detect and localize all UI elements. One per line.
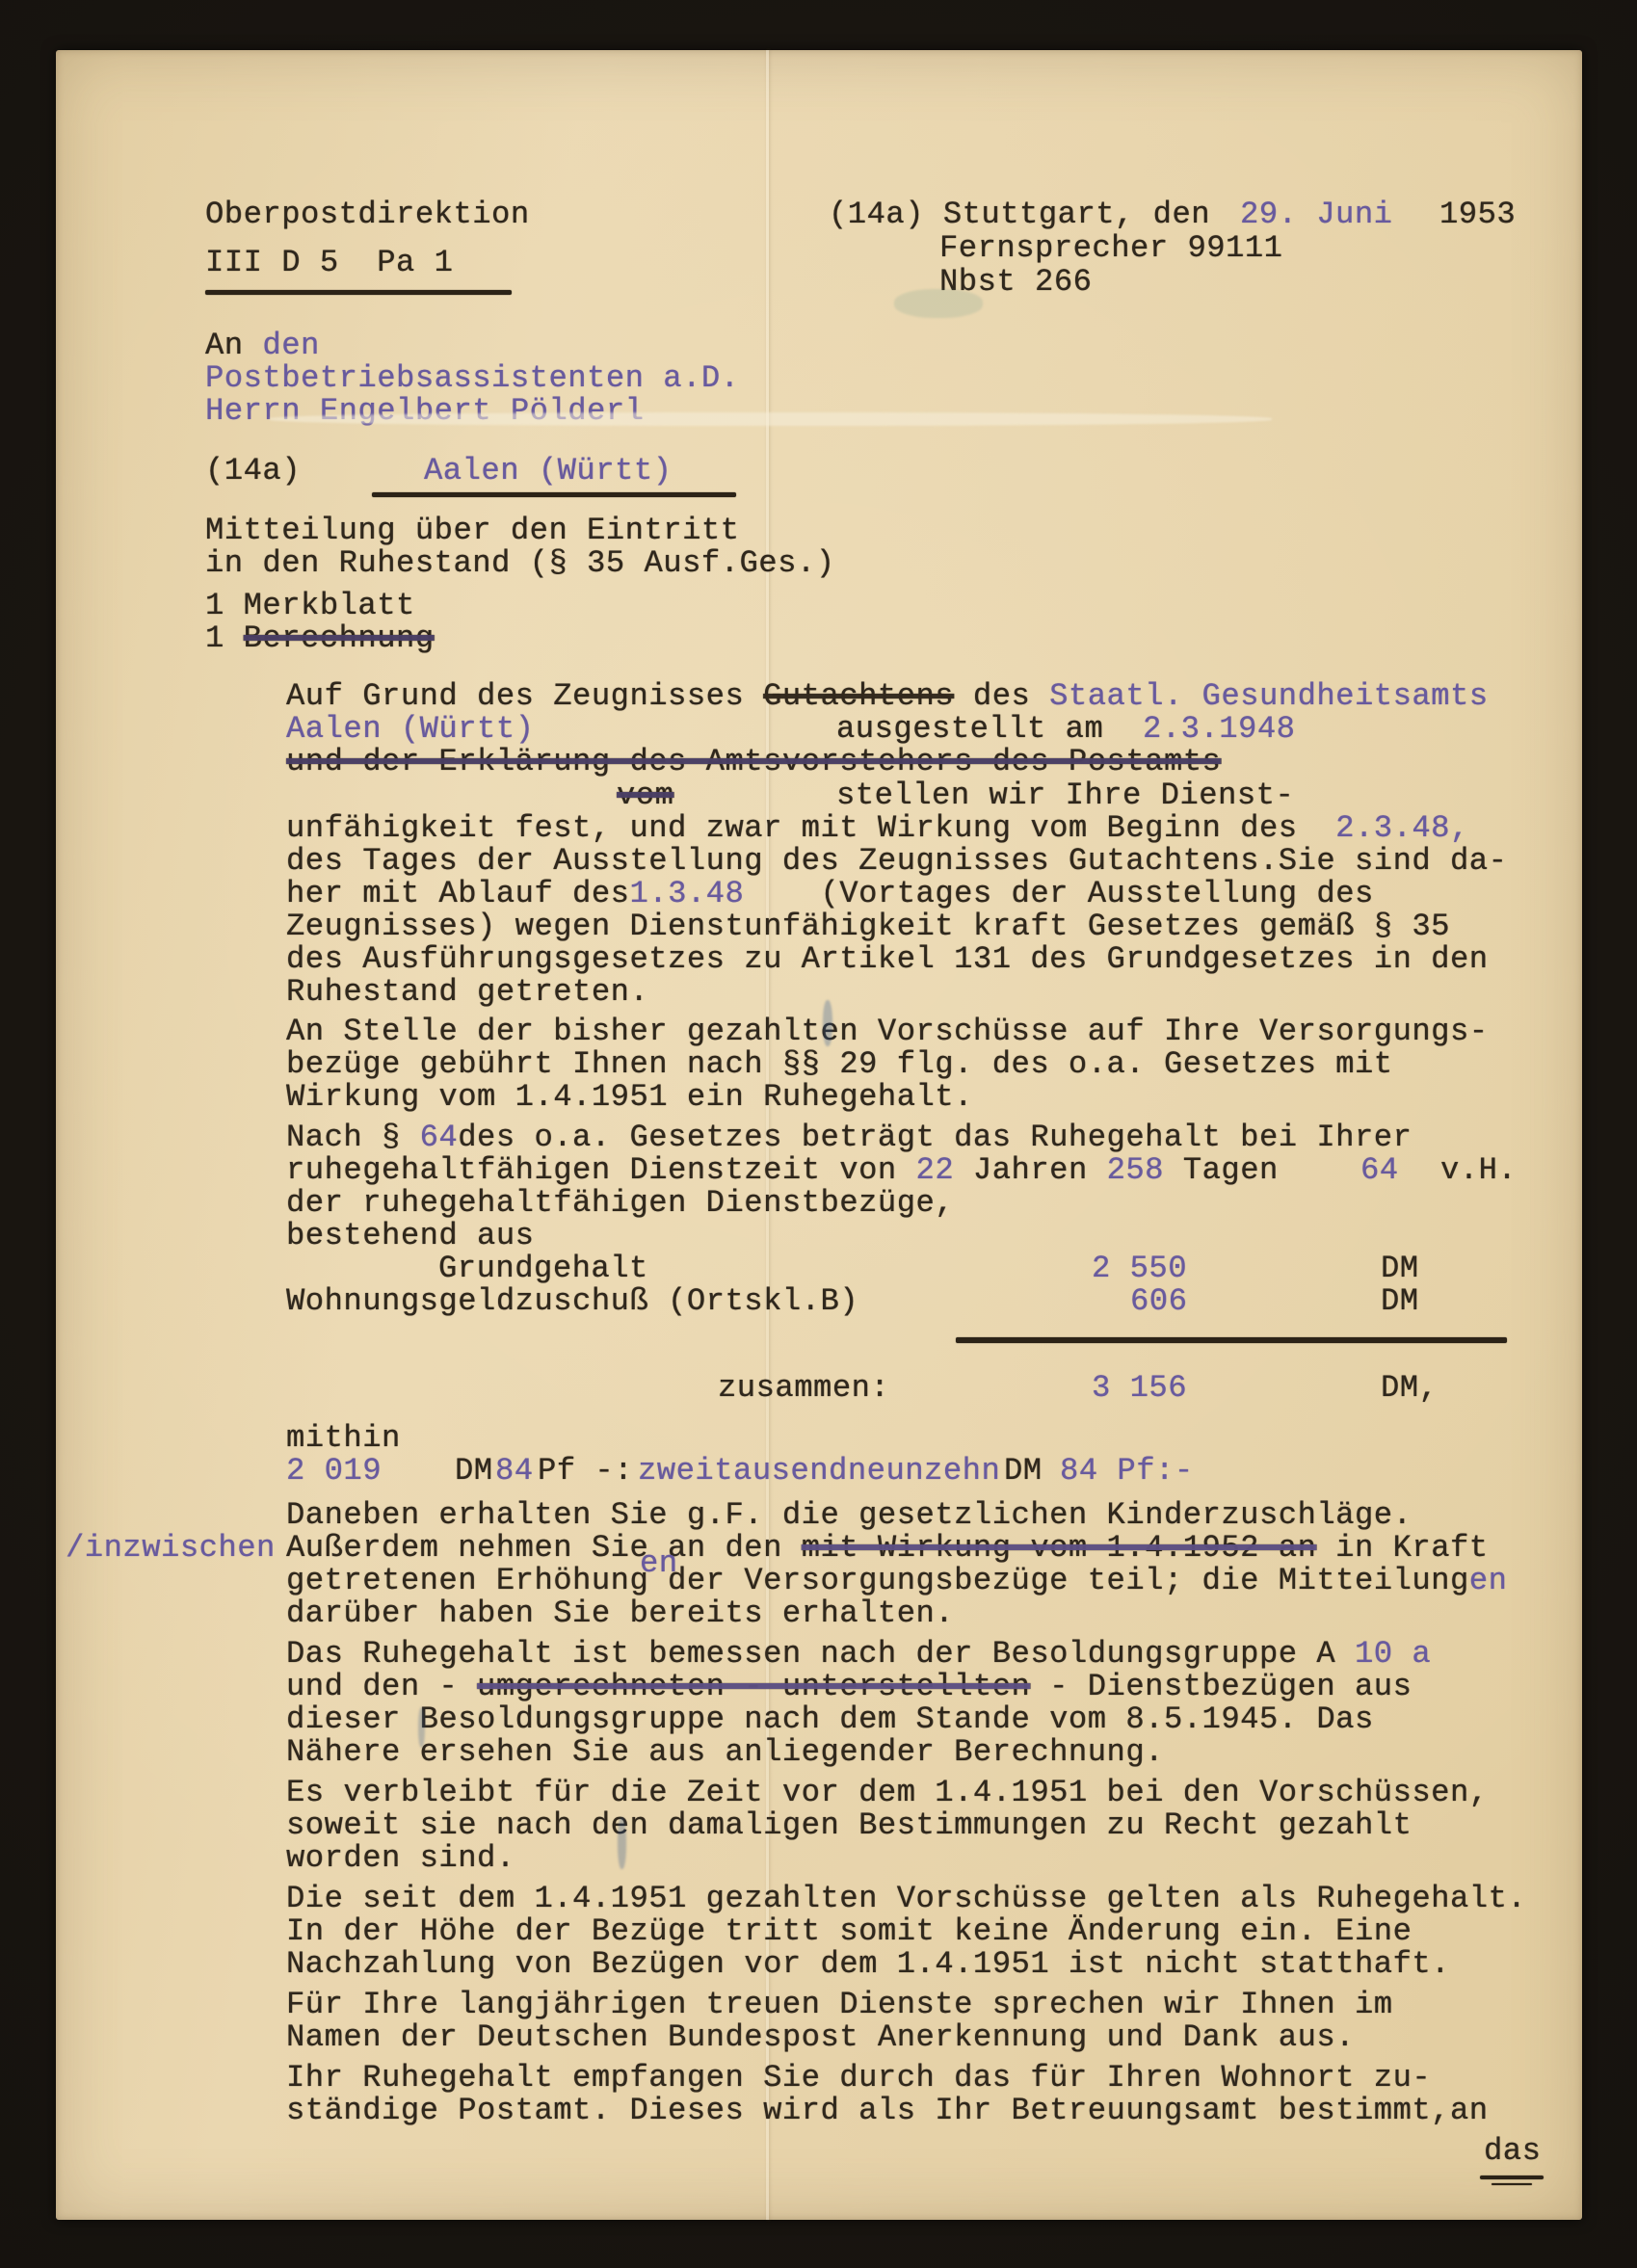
typed-segment: Die seit dem 1.4.1951 gezahlten Vorschüs…	[286, 1881, 1526, 1916]
typed-segment: (Vortages der Ausstellung des	[744, 876, 1374, 911]
typed-violet-segment: 3 156	[1092, 1372, 1187, 1405]
typed-segment: das	[1484, 2133, 1541, 2169]
typed-segment: ruhegehaltfähigen Dienstzeit von	[286, 1152, 916, 1188]
body-line: Namen der Deutschen Bundespost Anerkennu…	[286, 2021, 1355, 2054]
typed-segment: des Tages der Ausstellung des Zeugnisses…	[286, 843, 1507, 879]
body-line: Zeugnisses) wegen Dienstunfähigkeit kraf…	[286, 910, 1450, 943]
typed-segment: Für Ihre langjährigen treuen Dienste spr…	[286, 1987, 1393, 2022]
body-line: her mit Ablauf des1.3.48 (Vortages der A…	[286, 878, 1374, 910]
body-line: Außerdem nehmen Sie an den mit Wirkung v…	[286, 1532, 1489, 1565]
table-row-zusammen: zusammen:3 156DM,	[718, 1372, 889, 1405]
body-line: soweit sie nach den damaligen Bestimmung…	[286, 1809, 1412, 1842]
erasure-band	[270, 412, 1272, 426]
place-date-line: (14a) Stuttgart, den29. Juni1953	[829, 198, 1210, 231]
recipient-title-line: Postbetriebsassistenten a.D.	[205, 362, 740, 395]
typed-segment: ständige Postamt. Dieses wird als Ihr Be…	[286, 2093, 1489, 2128]
typed-segment: bezüge gebührt Ihnen nach §§ 29 flg. des…	[286, 1046, 1393, 1082]
body-line: Auf Grund des Zeugnisses Gutachtens des …	[286, 680, 1489, 713]
typed-segment: An	[205, 328, 262, 363]
typed-violet-segment: 606	[1130, 1285, 1187, 1318]
typed-violet-segment: /inzwischen	[66, 1530, 276, 1566]
typed-segment: her mit Ablauf des	[286, 876, 629, 911]
typed-violet-segment: 64	[420, 1120, 459, 1155]
body-line-struck: und der Erklärung des Amtsvorstehers des…	[286, 746, 1221, 778]
body-line: Es verbleibt für die Zeit vor dem 1.4.19…	[286, 1777, 1489, 1809]
typed-segment: vom	[617, 778, 673, 813]
typed-segment: (14a) Stuttgart, den	[829, 197, 1210, 232]
body-line: Ruhestand getreten.	[286, 976, 648, 1009]
typed-violet-segment: 10 a	[1355, 1636, 1431, 1672]
enclosure-line-2: 1 Berechnung	[205, 622, 435, 655]
subject-line-2: in den Ruhestand (§ 35 Ausf.Ges.)	[205, 547, 835, 580]
body-line: Die seit dem 1.4.1951 gezahlten Vorschüs…	[286, 1883, 1526, 1915]
ref-number-underline	[205, 290, 512, 295]
typed-segment: Es verbleibt für die Zeit vor dem 1.4.19…	[286, 1775, 1489, 1810]
body-line: und den - umgerechneten - unterstellten …	[286, 1671, 1412, 1703]
paper-sheet: Oberpostdirektion(14a) Stuttgart, den29.…	[56, 50, 1582, 2220]
body-line: dieser Besoldungsgruppe nach dem Stande …	[286, 1703, 1374, 1736]
amount-in-words-line: 2 019DM84Pf -:zweitausendneunzehnDM84 Pf…	[286, 1455, 382, 1488]
body-line: des Ausführungsgesetzes zu Artikel 131 d…	[286, 943, 1489, 976]
typed-segment: Fernsprecher 99111	[939, 230, 1282, 266]
typed-segment: des	[954, 678, 1049, 714]
typed-segment: Das Ruhegehalt ist bemessen nach der Bes…	[286, 1636, 1355, 1672]
typed-segment: DM	[1381, 1285, 1419, 1318]
body-line: Das Ruhegehalt ist bemessen nach der Bes…	[286, 1638, 1431, 1671]
typed-segment: Jahren	[954, 1152, 1106, 1188]
typed-segment: 1	[205, 620, 244, 656]
typed-segment: worden sind.	[286, 1840, 515, 1876]
typed-segment: darüber haben Sie bereits erhalten.	[286, 1596, 954, 1631]
typed-segment: und der Erklärung des Amtsvorstehers des…	[286, 744, 1221, 779]
typed-segment: bestehend aus	[286, 1218, 534, 1253]
typed-segment: des o.a. Gesetzes beträgt das Ruhegehalt…	[458, 1120, 1412, 1155]
typed-segment: Ihr Ruhegehalt empfangen Sie durch das f…	[286, 2060, 1431, 2096]
body-line: bestehend aus	[286, 1220, 534, 1253]
typed-segment: Berechnung	[244, 620, 435, 656]
typed-segment: III D 5 Pa 1	[205, 245, 453, 280]
teal-smear	[894, 289, 983, 318]
typed-segment: Zeugnisses) wegen Dienstunfähigkeit kraf…	[286, 909, 1450, 944]
body-line: Aalen (Württ)ausgestellt am2.3.1948	[286, 713, 534, 746]
catchword-underline	[1480, 2176, 1544, 2179]
typed-violet-segment: en	[1469, 1563, 1508, 1598]
typed-segment: in den Ruhestand (§ 35 Ausf.Ges.)	[205, 545, 835, 581]
typed-segment: mithin	[286, 1420, 401, 1456]
typed-segment: Wohnungsgeldzuschuß (Ortskl.B)	[286, 1283, 858, 1319]
typed-segment: In der Höhe der Bezüge tritt somit keine…	[286, 1913, 1412, 1949]
typed-violet-segment: 2.3.48,	[1335, 810, 1469, 846]
recipient-salutation-line: An den	[205, 330, 320, 362]
body-line: Nähere ersehen Sie aus anliegender Berec…	[286, 1736, 1164, 1769]
typed-segment: soweit sie nach den damaligen Bestimmung…	[286, 1807, 1412, 1843]
phone-line: Fernsprecher 99111	[939, 232, 1282, 265]
typed-violet-segment: Aalen (Württ)	[286, 711, 534, 747]
body-line: Ihr Ruhegehalt empfangen Sie durch das f…	[286, 2062, 1431, 2095]
typed-violet-segment: 22	[916, 1152, 955, 1188]
typed-segment: Außerdem nehmen Sie an den	[286, 1530, 802, 1566]
letterhead-office-line: Oberpostdirektion	[205, 198, 530, 231]
typed-violet-segment: 64	[1360, 1154, 1399, 1187]
typed-segment: DM	[1004, 1455, 1043, 1488]
typed-segment: 1953	[1439, 198, 1516, 231]
table-row-wohnungsgeld: Wohnungsgeldzuschuß (Ortskl.B)606DM	[286, 1285, 858, 1318]
typed-segment: in Kraft	[1316, 1530, 1488, 1566]
typed-segment: (14a)	[205, 453, 301, 488]
typed-segment: ausgestellt am	[836, 713, 1103, 746]
typed-violet-segment: Staatl. Gesundheitsamts	[1049, 678, 1488, 714]
margin-note: /inzwischen	[66, 1532, 276, 1565]
typed-segment: DM,	[1381, 1372, 1438, 1405]
typed-violet-segment: den	[262, 328, 319, 363]
typed-segment: Pf -:	[538, 1455, 633, 1488]
typed-violet-segment: 2 550	[1092, 1253, 1187, 1285]
typed-segment: DM	[455, 1455, 493, 1488]
typed-segment: Gutachtens	[763, 678, 954, 714]
typed-segment: Grundgehalt	[438, 1251, 648, 1286]
typed-violet-segment: zweitausendneunzehn	[638, 1455, 1000, 1488]
blue-ink-streak	[823, 1000, 832, 1046]
typed-segment: DM	[1381, 1253, 1419, 1285]
typed-segment: v.H.	[1440, 1154, 1517, 1187]
table-row-grundgehalt: Grundgehalt2 550DM	[438, 1253, 648, 1285]
typed-violet-segment: 2 019	[286, 1453, 382, 1489]
typed-segment: Ruhestand getreten.	[286, 974, 648, 1010]
typed-violet-segment: 1.3.48	[629, 876, 744, 911]
subject-line-1: Mitteilung über den Eintritt	[205, 514, 740, 547]
typed-segment: Mitteilung über den Eintritt	[205, 513, 740, 548]
typed-segment: der ruhegehaltfähigen Dienstbezüge,	[286, 1185, 954, 1221]
typed-segment: Namen der Deutschen Bundespost Anerkennu…	[286, 2019, 1355, 2055]
typed-segment: zusammen:	[718, 1370, 889, 1406]
typed-segment: Nach §	[286, 1120, 420, 1155]
scanned-letter-screenshot: { "colors": { "background": "#14110d", "…	[0, 0, 1637, 2268]
body-line: Wirkung vom 1.4.1951 ein Ruhegehalt.	[286, 1081, 973, 1114]
body-line: des Tages der Ausstellung des Zeugnisses…	[286, 845, 1507, 878]
typed-segment: dieser Besoldungsgruppe nach dem Stande …	[286, 1701, 1374, 1737]
sum-rule	[956, 1337, 1507, 1343]
typed-violet-segment: Aalen (Württ)	[424, 455, 672, 488]
typed-violet-segment: 258	[1107, 1152, 1164, 1188]
typed-segment: An Stelle der bisher gezahlten Vorschüss…	[286, 1014, 1489, 1049]
typed-segment: und den -	[286, 1669, 477, 1704]
typed-segment: - Dienstbezügen aus	[1030, 1669, 1412, 1704]
typed-segment: Oberpostdirektion	[205, 197, 530, 232]
body-line: darüber haben Sie bereits erhalten.	[286, 1597, 954, 1630]
enclosure-line-1: 1 Merkblatt	[205, 590, 415, 622]
typed-segment: des Ausführungsgesetzes zu Artikel 131 d…	[286, 941, 1489, 977]
typed-segment: getretenen Erhöhung der Versorgungsbezüg…	[286, 1563, 1469, 1598]
typed-segment: Nachzahlung von Bezügen vor dem 1.4.1951…	[286, 1946, 1450, 1982]
typed-segment: Tagen	[1164, 1152, 1279, 1188]
body-line: Daneben erhalten Sie g.F. die gesetzlich…	[286, 1499, 1412, 1532]
typed-violet-segment: 84 Pf:-	[1060, 1455, 1194, 1488]
ref-number-line: III D 5 Pa 1	[205, 247, 453, 279]
typed-segment: stellen wir Ihre Dienst-	[836, 779, 1294, 812]
body-line: An Stelle der bisher gezahlten Vorschüss…	[286, 1015, 1489, 1048]
body-line: unfähigkeit fest, und zwar mit Wirkung v…	[286, 812, 1469, 845]
body-line: Nach § 64des o.a. Gesetzes beträgt das R…	[286, 1121, 1412, 1154]
typed-violet-segment: 84	[495, 1455, 534, 1488]
typed-violet-segment: 29. Juni	[1240, 198, 1392, 231]
body-line: ständige Postamt. Dieses wird als Ihr Be…	[286, 2095, 1489, 2127]
place-underline	[372, 492, 736, 497]
typed-segment: Wirkung vom 1.4.1951 ein Ruhegehalt.	[286, 1079, 973, 1115]
body-line: der ruhegehaltfähigen Dienstbezüge,	[286, 1187, 954, 1220]
typed-segment: 1 Merkblatt	[205, 588, 415, 623]
blue-ink-streak	[418, 1707, 425, 1748]
body-line: getretenen Erhöhung der Versorgungsbezüg…	[286, 1565, 1507, 1597]
body-line: bezüge gebührt Ihnen nach §§ 29 flg. des…	[286, 1048, 1393, 1081]
catchword: das	[1484, 2135, 1541, 2168]
typed-segment: unfähigkeit fest, und zwar mit Wirkung v…	[286, 810, 1335, 846]
body-line: vomstellen wir Ihre Dienst-	[617, 779, 673, 812]
typed-segment: Daneben erhalten Sie g.F. die gesetzlich…	[286, 1497, 1412, 1533]
catchword-underline-2	[1492, 2183, 1532, 2185]
body-line: mithin	[286, 1422, 401, 1455]
body-line: Nachzahlung von Bezügen vor dem 1.4.1951…	[286, 1948, 1450, 1981]
typed-segment: umgerechneten - unterstellten	[477, 1669, 1030, 1704]
typed-segment: mit Wirkung vom 1.4.1952 an	[802, 1530, 1317, 1566]
recipient-place-line: (14a)Aalen (Württ)	[205, 455, 301, 488]
typed-segment: Auf Grund des Zeugnisses	[286, 678, 763, 714]
body-line: Für Ihre langjährigen treuen Dienste spr…	[286, 1989, 1393, 2021]
blue-ink-streak	[618, 1817, 626, 1869]
typed-violet-segment: Postbetriebsassistenten a.D.	[205, 360, 740, 396]
body-line: In der Höhe der Bezüge tritt somit keine…	[286, 1915, 1412, 1948]
body-line: ruhegehaltfähigen Dienstzeit von 22 Jahr…	[286, 1154, 1279, 1187]
typed-violet-segment: 2.3.1948	[1143, 713, 1295, 746]
body-line: worden sind.	[286, 1842, 515, 1875]
